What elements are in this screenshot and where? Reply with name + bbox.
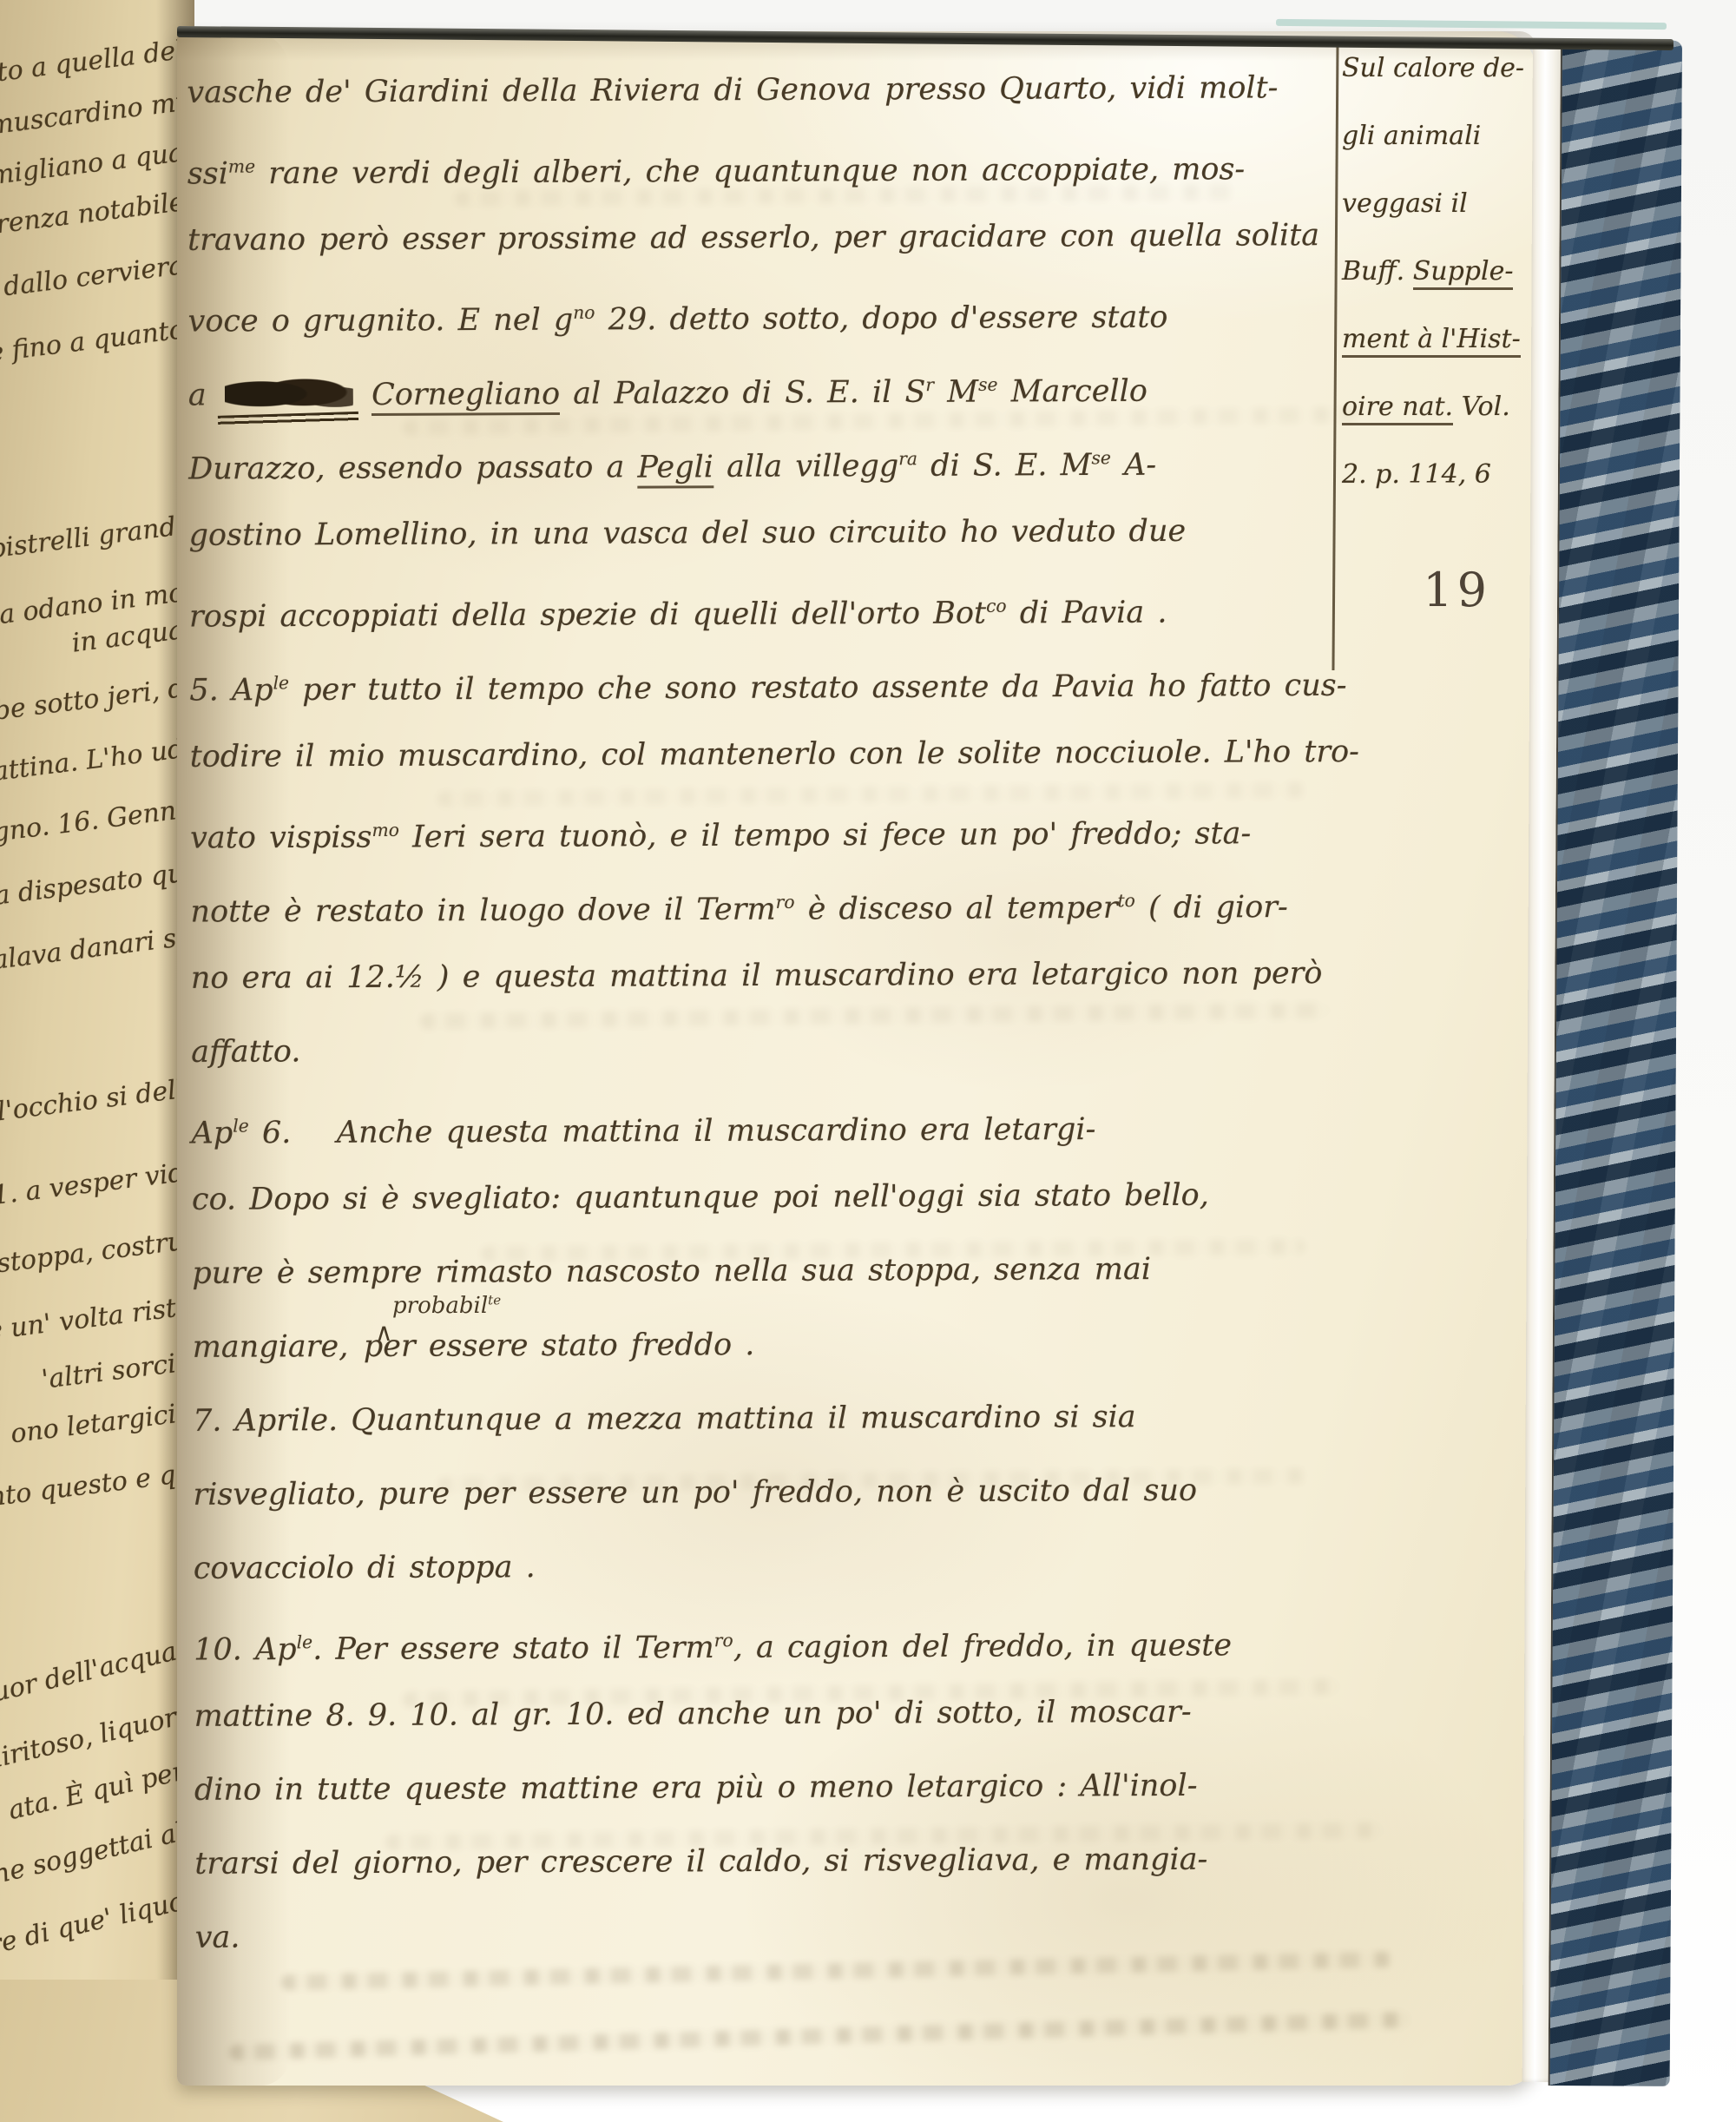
- facing-page-line-fragment: ata. È quì per: [5, 1756, 187, 1826]
- manuscript-line: todire il mio muscardino, col mantenerlo…: [190, 715, 1327, 794]
- margin-note-line: veggasi il: [1342, 170, 1531, 238]
- facing-page-line-fragment: in acqua: [70, 615, 186, 659]
- page-number: 19: [1423, 563, 1491, 617]
- manuscript-line: mangiare, per essere stato freddo .: [192, 1306, 1329, 1385]
- facing-page-line-fragment: fuor dell'acqua.: [0, 1634, 187, 1710]
- cover-top-highlight: [1276, 19, 1667, 30]
- manuscript-line: vasche de' Giardini della Riviera di Gen…: [187, 51, 1324, 130]
- manuscript-text: vasche de' Giardini della Riviera di Gen…: [187, 51, 1332, 1975]
- manuscript-line: a Cornegliano al Palazzo di S. E. il Sr …: [188, 346, 1325, 425]
- facing-page-line-fragment: 'altri sorci.: [40, 1348, 186, 1395]
- facing-page-line-fragment: Iera dispesato qu: [0, 858, 186, 916]
- facing-page-line-fragment: quiritoso, liquori: [0, 1700, 187, 1779]
- manuscript-line: 7. Aprile. Quantunque a mezza mattina il…: [193, 1380, 1330, 1459]
- manuscript-line: affatto.: [191, 1011, 1328, 1090]
- facing-page: to a quella delil muscardino misomiglian…: [0, 0, 194, 2122]
- manuscript-line: Aple 6. Anche questa mattina il muscardi…: [191, 1084, 1328, 1163]
- margin-note-line: Buff. Supple-: [1342, 238, 1531, 306]
- facing-page-line-fragment: fferenza notabile: [0, 187, 186, 244]
- manuscript-line: trarsi del giorno, per crescere il caldo…: [194, 1822, 1332, 1901]
- manuscript-line: no era ai 12.½ ) e questa mattina il mus…: [191, 937, 1328, 1016]
- margin-note-line: ment à l'Hist-: [1342, 306, 1531, 373]
- manuscript-line: Durazzo, essendo passato a Pegli alla vi…: [188, 420, 1325, 499]
- manuscript-line: ssime rane verdi degli alberi, che quant…: [187, 125, 1325, 204]
- facing-page-line-fragment: ono letargici.: [9, 1398, 186, 1449]
- facing-page-line-fragment: la stoppa, costru: [0, 1226, 186, 1283]
- facing-page-line-fragment: to a quella del: [0, 35, 186, 88]
- manuscript-line: dino in tutte queste mattine era più o m…: [194, 1749, 1332, 1828]
- facing-page-line-fragment: giugno. 16. Genn.: [0, 794, 186, 853]
- manuscript-line: vato vispissmo Ieri sera tuonò, e il tem…: [190, 789, 1327, 868]
- facing-page-line-fragment: o dallo cerviera: [0, 250, 186, 306]
- manuscript-page: vasche de' Giardini della Riviera di Gen…: [177, 31, 1536, 2086]
- interlinear-word: probabilte: [392, 1293, 501, 1319]
- manuscript-line: 10. Aple. Per essere stato il Termro, a …: [194, 1601, 1331, 1680]
- marbled-cover: [1549, 40, 1682, 2086]
- manuscript-line: pure è sempre rimasto nascosto nella sua…: [192, 1232, 1329, 1311]
- margin-note-line: gli animali: [1342, 102, 1531, 170]
- facing-page-line-fragment: 11. a vesper vid: [0, 1157, 186, 1213]
- margin-note: Sul calore de-gli animaliveggasi ilBuff.…: [1342, 35, 1531, 509]
- facing-page-line-fragment: mattina. L'ho ud: [0, 734, 186, 790]
- book-photo: to a quella delil muscardino misomiglian…: [0, 0, 1736, 2122]
- facing-page-line-fragment: e fino a quanto: [0, 314, 186, 368]
- facing-page-line-fragment: mile all'occhio si dell: [0, 1074, 186, 1138]
- facing-page-line-fragment: bene conto questo e q.: [0, 1459, 186, 1526]
- manuscript-line: covacciolo di stoppa .: [194, 1527, 1331, 1606]
- manuscript-line: mattine 8. 9. 10. al gr. 10. ed anche un…: [194, 1675, 1331, 1754]
- facing-page-line-fragment: o pure di que' liquo: [0, 1886, 187, 1974]
- facing-page-line-fragment: il muscardino mi: [0, 87, 186, 144]
- facing-page-line-fragment: pipistrelli grand.: [0, 511, 186, 568]
- manuscript-line: notte è restato in luogo dove il Termro …: [190, 863, 1327, 942]
- facing-page-line-fragment: la odano in mo: [0, 577, 186, 631]
- margin-note-line: oire nat. Vol.: [1342, 373, 1531, 441]
- margin-note-line: 2. p. 114, 6: [1342, 441, 1531, 509]
- manuscript-line: va.: [194, 1896, 1332, 1975]
- margin-rule-line: [1332, 42, 1338, 670]
- facing-page-line-fragment: somigliano a qua: [0, 137, 186, 194]
- facing-page-line-fragment: o e un' volta rist.: [0, 1292, 186, 1349]
- facing-page-line-fragment: ube sotto jeri, d: [0, 673, 186, 728]
- insertion-caret: ∧: [375, 1318, 393, 1347]
- facing-page-line-fragment: alava danari s.: [0, 922, 186, 976]
- ink-blot-strikethrough: [225, 377, 353, 412]
- bleed-through-line: [229, 2012, 1410, 2060]
- manuscript-line: voce o grugnito. E nel gno 29. detto sot…: [187, 273, 1325, 352]
- facing-page-line-fragment: che soggettai al: [0, 1816, 187, 1893]
- manuscript-line: risvegliato, pure per essere un po' fred…: [193, 1453, 1330, 1532]
- interlinear-insertion: ∧ probabilte: [392, 1292, 501, 1319]
- manuscript-line: travano però esser prossime ad esserlo, …: [187, 199, 1325, 278]
- manuscript-line: rospi accoppiati della spezie di quelli …: [189, 568, 1326, 647]
- manuscript-line: gostino Lomellino, in una vasca del suo …: [188, 494, 1325, 573]
- manuscript-line: co. Dopo si è svegliato: quantunque poi …: [192, 1158, 1329, 1237]
- manuscript-line: 5. Aple per tutto il tempo che sono rest…: [189, 642, 1326, 721]
